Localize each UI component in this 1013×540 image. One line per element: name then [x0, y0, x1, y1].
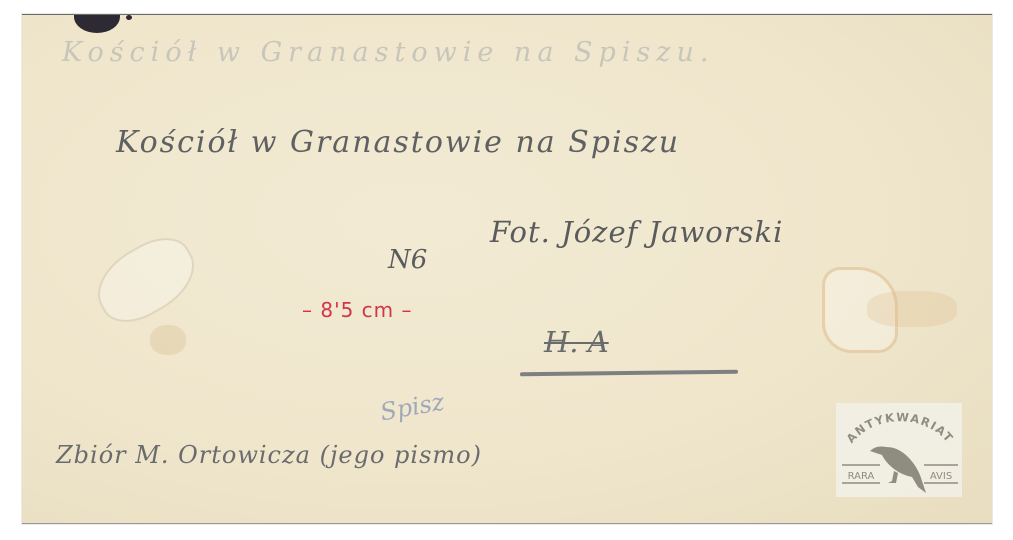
signature-underline [520, 370, 738, 377]
watermark-arc-text: ANTYKWARIAT [843, 410, 956, 446]
watermark-left-text: RARA [848, 471, 875, 482]
size-note: – 8'5 cm – [302, 298, 413, 322]
item-number: N6 [388, 245, 427, 275]
water-stain-right-tail [867, 291, 957, 327]
spisz-annotation: Spisz [378, 388, 446, 427]
watermark-right-text: AVIS [930, 471, 952, 482]
initials-signature: H. A [544, 325, 609, 359]
caption-title: Kościół w Granastowie na Spiszu [116, 125, 680, 160]
faint-erased-caption: Kościół w Granastowie na Spiszu. [62, 37, 714, 68]
water-stain-small [150, 325, 186, 355]
water-stain-left [84, 225, 207, 334]
ink-dot [126, 15, 132, 20]
photographer-credit: Fot. Józef Jaworski [490, 215, 783, 249]
antykwariat-watermark: ANTYKWARIAT RARA AVIS [836, 403, 962, 497]
raven-icon [870, 447, 926, 494]
photo-card-back: Kościół w Granastowie na Spiszu. Kościół… [22, 14, 992, 524]
collection-note: Zbiór M. Ortowicza (jego pismo) [56, 441, 482, 469]
ink-blot [74, 15, 120, 33]
